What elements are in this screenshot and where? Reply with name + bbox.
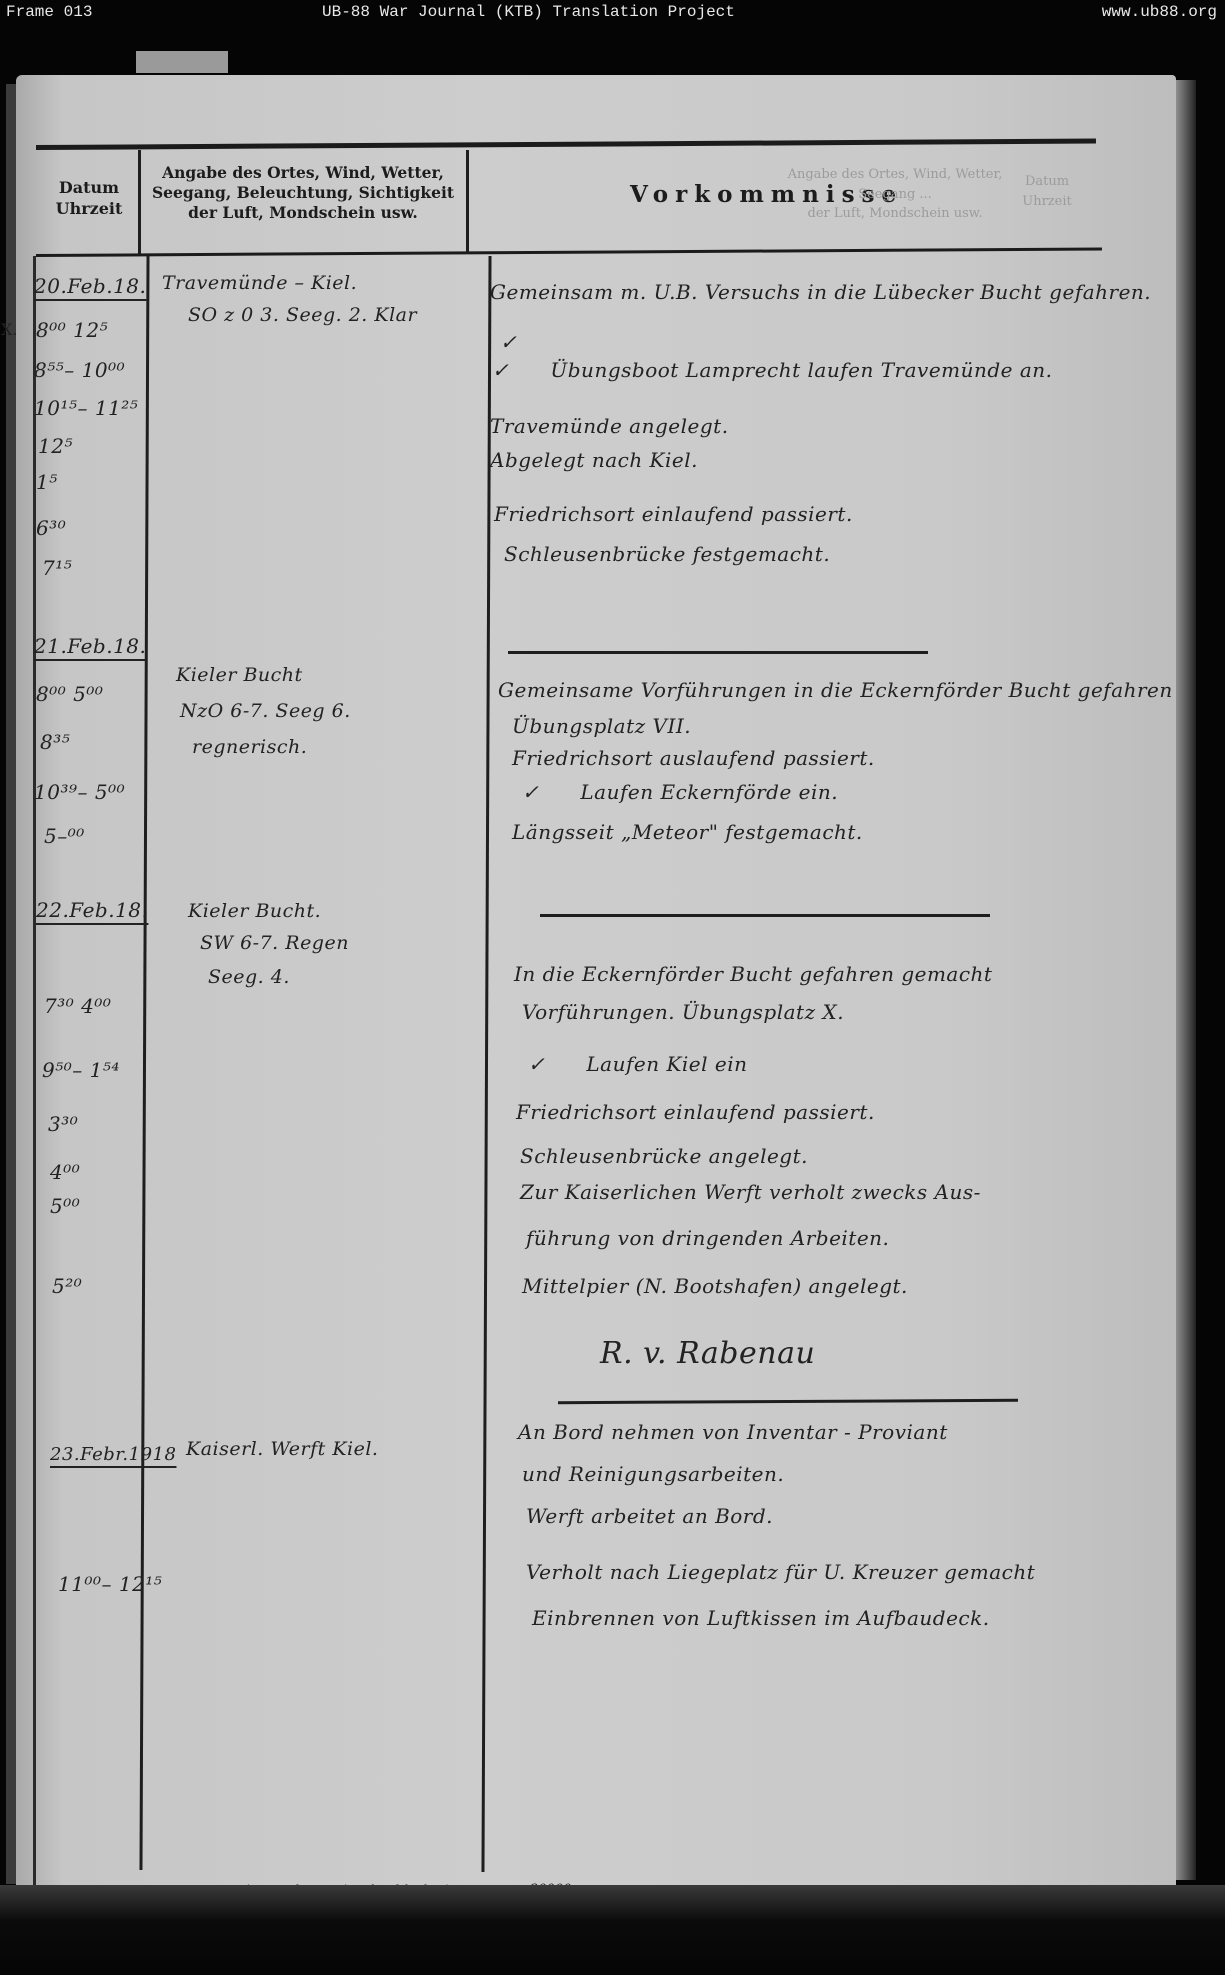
entry-time: 11⁰⁰– 12¹⁵	[58, 1572, 162, 1596]
entry-place: Seeg. 4.	[208, 966, 290, 988]
entry-event: Zur Kaiserlichen Werft verholt zwecks Au…	[520, 1180, 981, 1204]
entry-event: und Reinigungsarbeiten.	[522, 1462, 784, 1486]
date-column-divider	[138, 150, 141, 254]
entry-event: ✓ Übungsboot Lamprecht laufen Travemünde…	[492, 358, 1053, 382]
place-column-divider	[466, 150, 469, 254]
entry-time: 8³⁵	[40, 730, 70, 754]
entry-event: Verholt nach Liegeplatz für U. Kreuzer g…	[526, 1560, 1035, 1584]
bleedthrough-place-header: Angabe des Ortes, Wind, Wetter, Seegang …	[780, 165, 1010, 224]
entry-date: 21.Feb.18.	[34, 634, 146, 658]
website-link[interactable]: www.ub88.org	[1102, 3, 1217, 21]
entry-event: Schleusenbrücke festgemacht.	[504, 542, 830, 566]
entry-event: ✓	[500, 330, 517, 354]
entry-event: führung von dringenden Arbeiten.	[526, 1226, 889, 1250]
entry-event: An Bord nehmen von Inventar - Proviant	[518, 1420, 948, 1444]
entry-place: Kieler Bucht	[176, 664, 303, 686]
margin-mark: X.	[1, 320, 17, 339]
commander-signature: R. v. Rabenau	[600, 1336, 815, 1371]
entry-event: Friedrichsort einlaufend passiert.	[516, 1100, 875, 1124]
entry-event: Einbrennen von Luftkissen im Aufbaudeck.	[532, 1606, 990, 1630]
entry-event: Übungsplatz VII.	[512, 714, 691, 738]
entry-event: Friedrichsort auslaufend passiert.	[512, 746, 875, 770]
entry-event: Friedrichsort einlaufend passiert.	[494, 502, 853, 526]
frame-number: Frame 013	[6, 3, 92, 21]
entry-event: ✓ Laufen Kiel ein	[528, 1052, 748, 1076]
entry-time: 5–⁰⁰	[44, 824, 85, 848]
entry-date: 22.Feb.18.	[36, 898, 148, 922]
entry-time: 4⁰⁰	[50, 1160, 80, 1184]
entry-time: 5⁰⁰	[50, 1194, 80, 1218]
entry-event: Gemeinsam m. U.B. Versuchs in die Lübeck…	[490, 280, 1151, 304]
entry-event: Mittelpier (N. Bootshafen) angelegt.	[522, 1274, 908, 1298]
entry-event: ✓ Laufen Eckernförde ein.	[522, 780, 838, 804]
page-bottom-shadow	[0, 1885, 1225, 1975]
entry-event: In die Eckernförder Bucht gefahren gemac…	[514, 962, 992, 986]
entry-time: 1⁵	[36, 470, 58, 494]
entry-time: 7³⁰ 4⁰⁰	[44, 994, 111, 1018]
entry-time: 6³⁰	[36, 516, 66, 540]
entry-date: 20.Feb.18.	[34, 274, 146, 298]
entry-place: SO z 0 3. Seeg. 2. Klar	[188, 304, 417, 326]
entry-event: Abgelegt nach Kiel.	[490, 448, 698, 472]
bleedthrough-date-header: Datum Uhrzeit	[1012, 172, 1082, 211]
entry-time: 12⁵	[38, 434, 73, 458]
entry-time: 8⁰⁰ 5⁰⁰	[36, 682, 103, 706]
entry-event: Längsseit „Meteor" festgemacht.	[512, 820, 863, 844]
entry-separator	[540, 914, 990, 917]
entry-place: regnerisch.	[192, 736, 307, 758]
entry-event: Gemeinsame Vorführungen in die Eckernför…	[498, 678, 1173, 702]
entry-time: 7¹⁵	[42, 556, 72, 580]
entry-time: 8⁰⁰ 12⁵	[36, 318, 108, 342]
column-header-place-text: Angabe des Ortes, Wind, Wetter, Seegang,…	[152, 163, 454, 222]
column-header-date-text: Datum Uhrzeit	[56, 178, 123, 218]
entry-place: Travemünde – Kiel.	[162, 272, 357, 294]
project-title: UB-88 War Journal (KTB) Translation Proj…	[322, 3, 735, 21]
entry-time: 3³⁰	[48, 1112, 78, 1136]
page-stack-edge	[1176, 80, 1196, 1880]
column-header-date: Datum Uhrzeit	[40, 178, 138, 220]
entry-time: 10¹⁵– 11²⁵	[34, 396, 138, 420]
entry-event: Schleusenbrücke angelegt.	[520, 1144, 808, 1168]
entry-place: Kaiserl. Werft Kiel.	[186, 1438, 378, 1460]
entry-separator	[508, 651, 928, 654]
entry-event: Vorführungen. Übungsplatz X.	[522, 1000, 844, 1024]
frame-banner: Frame 013 UB-88 War Journal (KTB) Transl…	[0, 0, 1225, 28]
entry-place: Kieler Bucht.	[188, 900, 321, 922]
entry-time: 8⁵⁵– 10⁰⁰	[34, 358, 125, 382]
entry-place: NzO 6-7. Seeg 6.	[180, 700, 351, 722]
entry-event: Travemünde angelegt.	[490, 414, 729, 438]
entry-time: 10³⁹– 5⁰⁰	[34, 780, 125, 804]
entry-event: Werft arbeitet an Bord.	[526, 1504, 773, 1528]
entry-time: 5²⁰	[52, 1274, 82, 1298]
entry-date: 23.Febr.1918	[50, 1444, 176, 1465]
entry-place: SW 6-7. Regen	[200, 932, 349, 954]
page-left-border	[33, 256, 36, 1916]
column-header-place: Angabe des Ortes, Wind, Wetter, Seegang,…	[143, 163, 463, 223]
entry-time: 9⁵⁰– 1⁵⁴	[42, 1058, 120, 1082]
page-tab-marker	[136, 51, 228, 73]
